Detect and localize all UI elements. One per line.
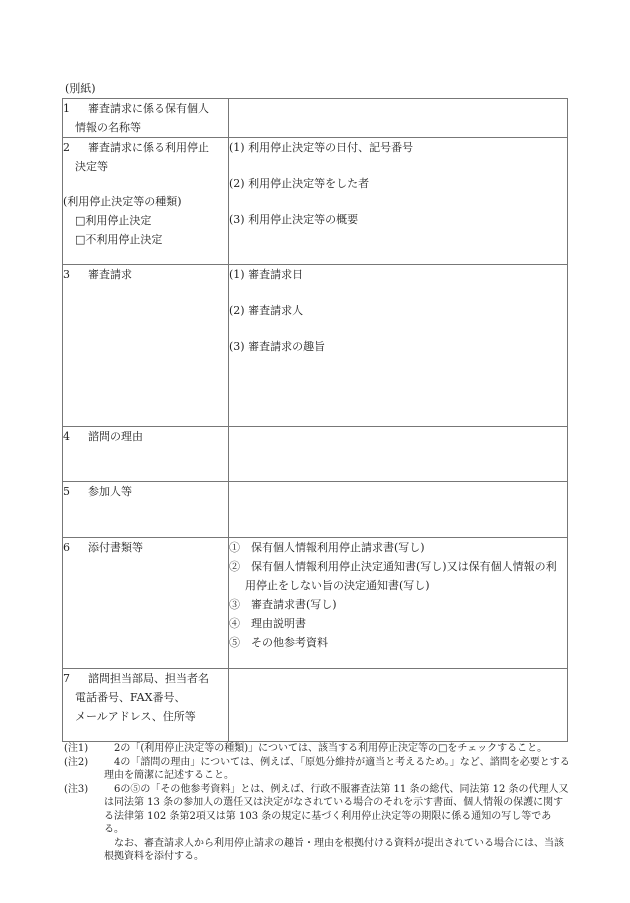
row-number: 6: [63, 541, 70, 554]
note-2: (注2) 4の「諮問の理由」については、例えば、「原処分維持が適当と考えるため。…: [64, 756, 570, 783]
row-number: 5: [63, 485, 70, 498]
row-number: 4: [63, 430, 70, 443]
row-2-label: 2審査請求に係る利用停止 決定等 (利用停止決定等の種類) □利用停止決定 □不…: [63, 138, 229, 265]
checkbox-no-usage-stop[interactable]: □不利用停止決定: [63, 230, 228, 249]
table-row-1: 1審査請求に係る保有個人 情報の名称等: [63, 99, 568, 138]
row-6-label: 6添付書類等: [63, 538, 229, 669]
notes-section: (注1) 2の「(利用停止決定等の種類)」については、該当する利用停止決定等の□…: [64, 742, 570, 864]
item: (1) 利用停止決定等の日付、記号番号: [229, 138, 567, 157]
table-row-7: 7諮問担当部局、担当者名 電話番号、FAX番号、 メールアドレス、住所等: [63, 669, 568, 742]
table-row-5: 5参加人等: [63, 482, 568, 538]
attachment-item: ① 保有個人情報利用停止請求書(写し): [229, 538, 567, 557]
attachment-item: ③ 審査請求書(写し): [229, 595, 567, 614]
checkbox-icon[interactable]: □: [75, 233, 85, 246]
table-row-4: 4諮問の理由: [63, 427, 568, 482]
row-6-items[interactable]: ① 保有個人情報利用停止請求書(写し) ② 保有個人情報利用停止決定通知書(写し…: [229, 538, 568, 669]
note-3-continuation: なお、審査請求人から利用停止請求の趣旨・理由を根拠付ける資料が提出されている場合…: [64, 837, 570, 864]
row-3-label: 3審査請求: [63, 265, 229, 427]
row-5-label: 5参加人等: [63, 482, 229, 538]
attachment-item: ④ 理由説明書: [229, 614, 567, 633]
attachment-label: (別紙): [65, 80, 96, 96]
row-3-items[interactable]: (1) 審査請求日 (2) 審査請求人 (3) 審査請求の趣旨: [229, 265, 568, 427]
row-4-input-cell[interactable]: [229, 427, 568, 482]
item: (2) 審査請求人: [229, 301, 567, 320]
checkbox-icon[interactable]: □: [75, 214, 85, 227]
table-row-3: 3審査請求 (1) 審査請求日 (2) 審査請求人 (3) 審査請求の趣旨: [63, 265, 568, 427]
item: (3) 利用停止決定等の概要: [229, 210, 567, 229]
row-5-input-cell[interactable]: [229, 482, 568, 538]
note-3: (注3) 6の⑤の「その他参考資料」とは、例えば、行政不服審査法第 11 条の総…: [64, 783, 570, 837]
item: (2) 利用停止決定等をした者: [229, 174, 567, 193]
row-7-label: 7諮問担当部局、担当者名 電話番号、FAX番号、 メールアドレス、住所等: [63, 669, 229, 742]
row-1-label: 1審査請求に係る保有個人 情報の名称等: [63, 99, 229, 138]
table-row-2: 2審査請求に係る利用停止 決定等 (利用停止決定等の種類) □利用停止決定 □不…: [63, 138, 568, 265]
row-4-label: 4諮問の理由: [63, 427, 229, 482]
item: (1) 審査請求日: [229, 265, 567, 284]
row-number: 7: [63, 672, 70, 685]
row-number: 1: [63, 102, 70, 115]
note-1: (注1) 2の「(利用停止決定等の種類)」については、該当する利用停止決定等の□…: [64, 742, 570, 756]
row-number: 2: [63, 141, 70, 154]
row-1-input-cell[interactable]: [229, 99, 568, 138]
row-2-items[interactable]: (1) 利用停止決定等の日付、記号番号 (2) 利用停止決定等をした者 (3) …: [229, 138, 568, 265]
table-row-6: 6添付書類等 ① 保有個人情報利用停止請求書(写し) ② 保有個人情報利用停止決…: [63, 538, 568, 669]
decision-type-heading: (利用停止決定等の種類): [63, 192, 228, 211]
attachment-item: ② 保有個人情報利用停止決定通知書(写し)又は保有個人情報の利用停止をしない旨の…: [229, 557, 567, 595]
row-number: 3: [63, 268, 70, 281]
inquiry-form-table: 1審査請求に係る保有個人 情報の名称等 2審査請求に係る利用停止 決定等 (利用…: [62, 98, 568, 742]
checkbox-usage-stop[interactable]: □利用停止決定: [63, 211, 228, 230]
item: (3) 審査請求の趣旨: [229, 337, 567, 356]
attachment-item: ⑤ その他参考資料: [229, 633, 567, 652]
row-7-input-cell[interactable]: [229, 669, 568, 742]
